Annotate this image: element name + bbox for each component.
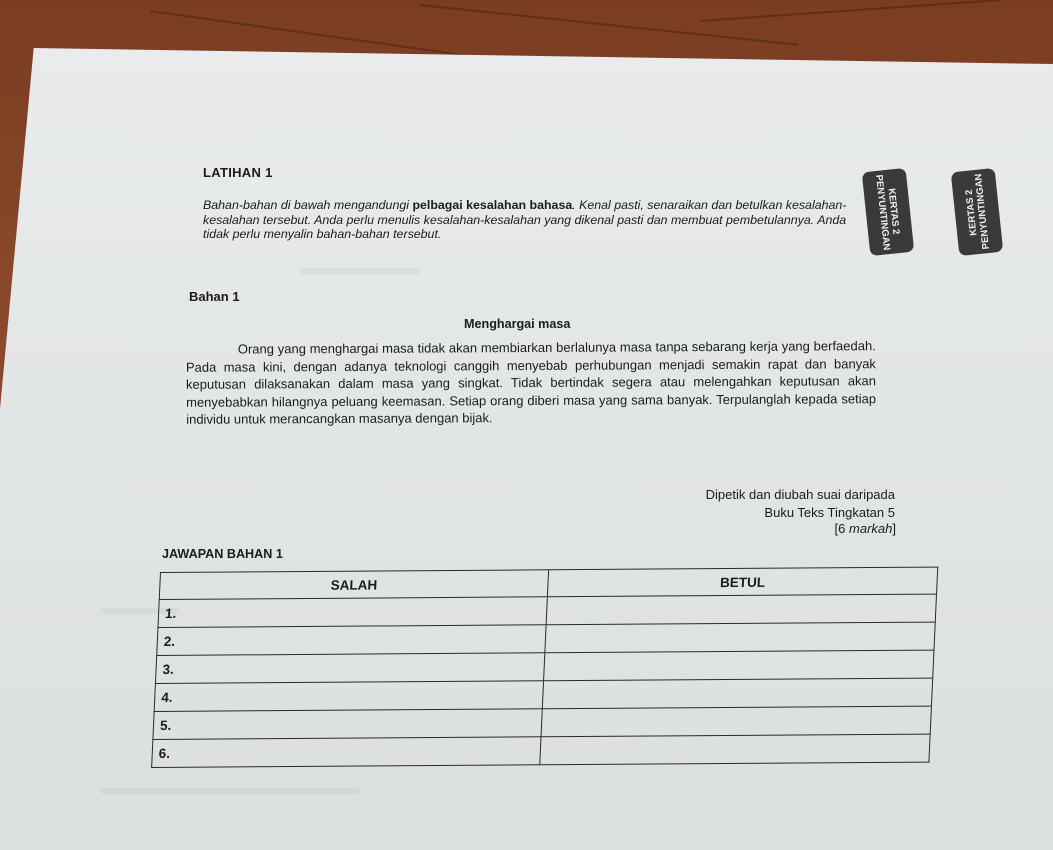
- betul-cell[interactable]: [541, 706, 931, 737]
- source-line: Buku Teks Tingkatan 5: [600, 504, 895, 522]
- instructions-emphasis: pelbagai kesalahan bahasa: [409, 198, 572, 212]
- source-citation: Dipetik dan diubah suai daripada Buku Te…: [600, 486, 895, 521]
- column-header-salah: SALAH: [159, 570, 548, 600]
- betul-cell[interactable]: [546, 594, 936, 625]
- wood-grain: [420, 4, 798, 46]
- passage-title: Menghargai masa: [464, 317, 570, 331]
- exercise-heading: LATIHAN 1: [203, 165, 273, 180]
- answer-heading: JAWAPAN BAHAN 1: [162, 547, 283, 561]
- instructions-text: Bahan-bahan di bawah mengandungi: [203, 198, 409, 212]
- column-header-betul: BETUL: [547, 567, 937, 597]
- wood-grain: [700, 0, 999, 22]
- betul-cell[interactable]: [545, 622, 935, 653]
- marks-label: [6 markah]: [700, 521, 896, 536]
- salah-cell[interactable]: 6.: [152, 737, 541, 768]
- source-line: Dipetik dan diubah suai daripada: [600, 486, 895, 504]
- table-row: 6.: [152, 734, 931, 767]
- betul-cell[interactable]: [542, 678, 932, 709]
- salah-cell[interactable]: 3.: [155, 653, 544, 684]
- answer-table: SALAH BETUL 1.2.3.4.5.6.: [151, 567, 938, 768]
- betul-cell[interactable]: [544, 650, 934, 681]
- salah-cell[interactable]: 5.: [153, 709, 542, 740]
- salah-cell[interactable]: 1.: [158, 597, 547, 628]
- passage-body: Orang yang menghargai masa tidak akan me…: [186, 337, 876, 428]
- paper-label-stamp: KERTAS 2 PENYUNTINGAN: [951, 168, 1004, 256]
- betul-cell[interactable]: [540, 734, 930, 765]
- section-label: Bahan 1: [189, 289, 240, 304]
- instructions: Bahan-bahan di bawah mengandungi pelbaga…: [203, 198, 853, 242]
- salah-cell[interactable]: 4.: [154, 681, 543, 712]
- salah-cell[interactable]: 2.: [157, 625, 546, 656]
- paper-label-stamp: KERTAS 2 PENYUNTINGAN: [862, 168, 915, 256]
